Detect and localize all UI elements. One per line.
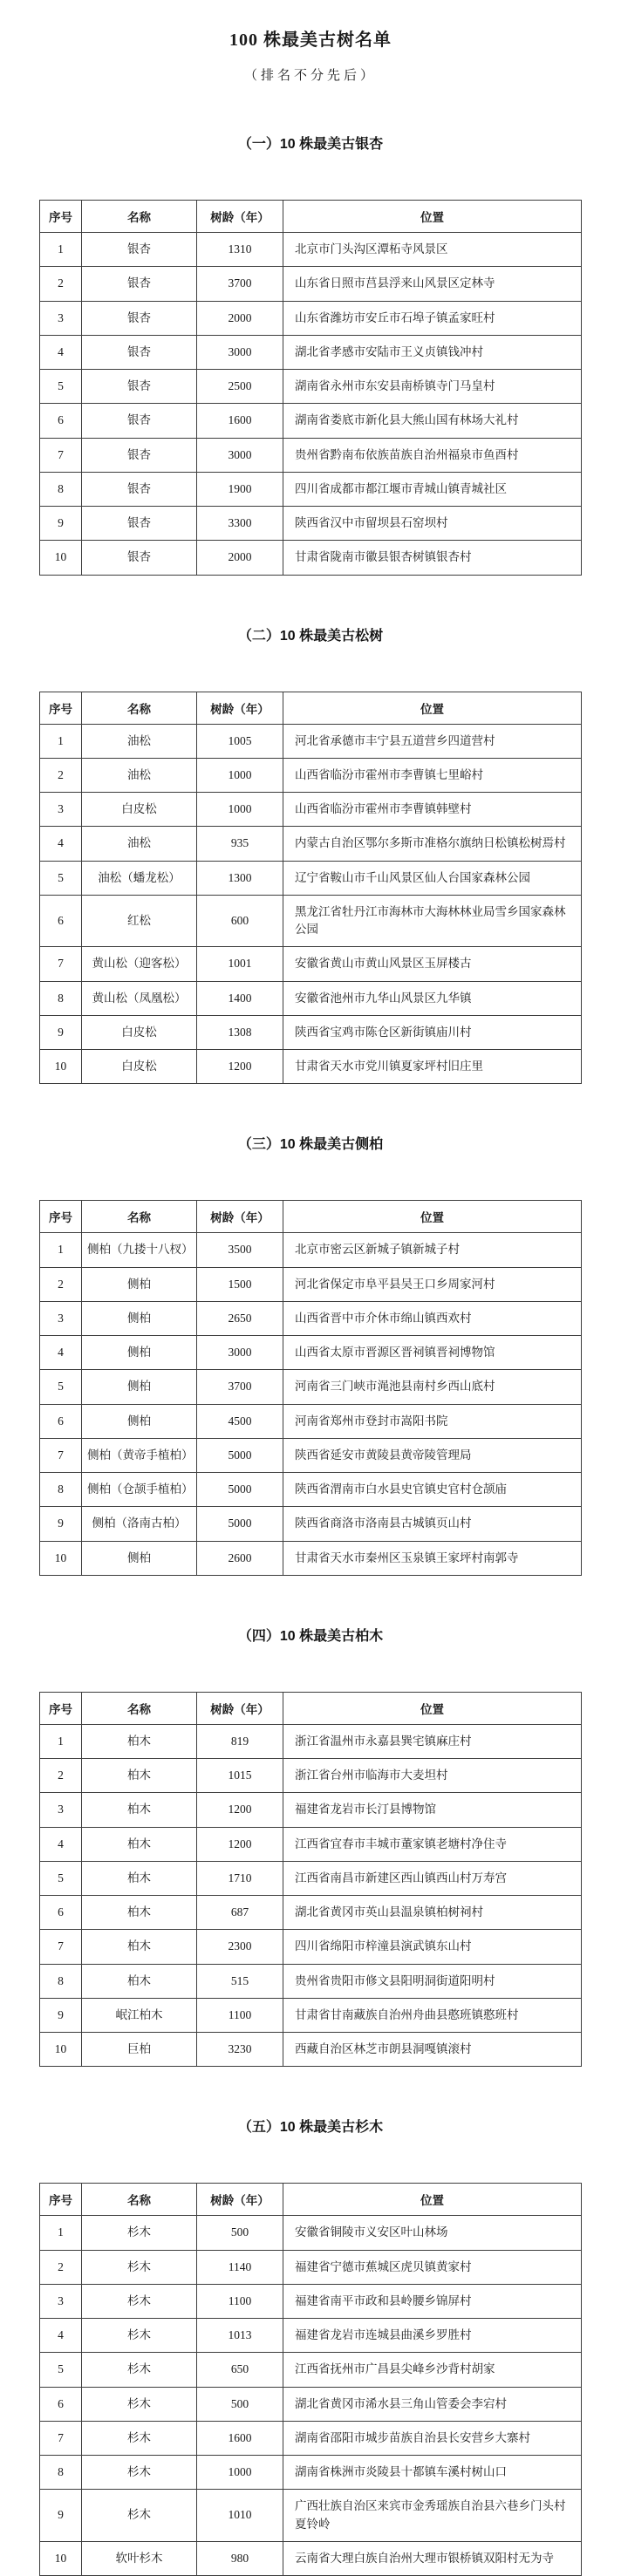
cell-index: 5	[40, 1370, 82, 1404]
tree-table-2: 序号名称树龄（年）位置1油松1005河北省承德市丰宁县五道营乡四道营村2油松10…	[39, 692, 582, 1085]
cell-name: 柏木	[82, 1759, 197, 1793]
cell-name: 杉木	[82, 2421, 197, 2455]
table-row: 3白皮松1000山西省临汾市霍州市李曹镇韩壁村	[40, 793, 582, 827]
table-row: 5油松（蟠龙松）1300辽宁省鞍山市千山风景区仙人台国家森林公园	[40, 861, 582, 895]
cell-location: 安徽省铜陵市义安区叶山林场	[283, 2216, 582, 2250]
cell-age: 935	[197, 827, 283, 861]
cell-name: 杉木	[82, 2490, 197, 2542]
cell-index: 5	[40, 1861, 82, 1895]
cell-name: 侧柏（九搂十八杈）	[82, 1233, 197, 1267]
tree-table-3: 序号名称树龄（年）位置1侧柏（九搂十八杈）3500北京市密云区新城子镇新城子村2…	[39, 1200, 582, 1576]
table-row: 1侧柏（九搂十八杈）3500北京市密云区新城子镇新城子村	[40, 1233, 582, 1267]
cell-index: 10	[40, 1050, 82, 1084]
cell-name: 银杏	[82, 335, 197, 369]
cell-name: 杉木	[82, 2250, 197, 2284]
table-row: 7杉木1600湖南省邵阳市城步苗族自治县长安营乡大寨村	[40, 2421, 582, 2455]
cell-location: 河北省承德市丰宁县五道营乡四道营村	[283, 724, 582, 758]
cell-index: 9	[40, 1507, 82, 1541]
cell-age: 2500	[197, 370, 283, 404]
cell-age: 1000	[197, 2456, 283, 2490]
table-row: 4柏木1200江西省宜春市丰城市董家镇老塘村净住寺	[40, 1827, 582, 1861]
cell-index: 7	[40, 1930, 82, 1964]
cell-name: 银杏	[82, 472, 197, 506]
tree-table-5: 序号名称树龄（年）位置1杉木500安徽省铜陵市义安区叶山林场2杉木1140福建省…	[39, 2183, 582, 2576]
cell-name: 柏木	[82, 1827, 197, 1861]
cell-name: 银杏	[82, 301, 197, 335]
cell-location: 河北省保定市阜平县吴王口乡周家河村	[283, 1267, 582, 1301]
cell-location: 西藏自治区林芝市朗县洞嘎镇滚村	[283, 2033, 582, 2067]
cell-index: 7	[40, 947, 82, 981]
cell-age: 687	[197, 1896, 283, 1930]
tree-table-4: 序号名称树龄（年）位置1柏木819浙江省温州市永嘉县巽宅镇麻庄村2柏木1015浙…	[39, 1692, 582, 2068]
table-row: 2银杏3700山东省日照市莒县浮来山风景区定林寺	[40, 267, 582, 301]
cell-age: 1013	[197, 2319, 283, 2353]
table-row: 10银杏2000甘肃省陇南市徽县银杏树镇银杏村	[40, 541, 582, 575]
column-header: 位置	[283, 1201, 582, 1233]
table-row: 1油松1005河北省承德市丰宁县五道营乡四道营村	[40, 724, 582, 758]
cell-location: 湖南省娄底市新化县大熊山国有林场大礼村	[283, 404, 582, 438]
cell-name: 白皮松	[82, 1050, 197, 1084]
section-heading-3: （三）10 株最美古侧柏	[0, 1133, 621, 1153]
column-header: 序号	[40, 1201, 82, 1233]
cell-index: 5	[40, 2353, 82, 2387]
cell-name: 岷江柏木	[82, 1998, 197, 2032]
cell-index: 7	[40, 1438, 82, 1472]
cell-index: 6	[40, 2387, 82, 2421]
cell-name: 侧柏（仓颉手植柏）	[82, 1473, 197, 1507]
cell-age: 1710	[197, 1861, 283, 1895]
header-row: 序号名称树龄（年）位置	[40, 692, 582, 724]
cell-age: 5000	[197, 1507, 283, 1541]
cell-name: 侧柏	[82, 1301, 197, 1335]
cell-index: 4	[40, 1827, 82, 1861]
cell-index: 3	[40, 301, 82, 335]
cell-name: 红松	[82, 895, 197, 947]
cell-index: 5	[40, 370, 82, 404]
cell-index: 9	[40, 2490, 82, 2542]
cell-age: 1200	[197, 1793, 283, 1827]
cell-location: 甘肃省陇南市徽县银杏树镇银杏村	[283, 541, 582, 575]
column-header: 名称	[82, 2184, 197, 2216]
cell-age: 2000	[197, 541, 283, 575]
cell-index: 3	[40, 2284, 82, 2318]
cell-age: 1000	[197, 758, 283, 792]
cell-name: 杉木	[82, 2284, 197, 2318]
table-row: 4银杏3000湖北省孝感市安陆市王义贞镇钱冲村	[40, 335, 582, 369]
table-row: 3侧柏2650山西省晋中市介休市绵山镇西欢村	[40, 1301, 582, 1335]
cell-name: 侧柏	[82, 1370, 197, 1404]
cell-location: 甘肃省天水市秦州区玉泉镇王家坪村南郭寺	[283, 1541, 582, 1575]
table-row: 5侧柏3700河南省三门峡市渑池县南村乡西山底村	[40, 1370, 582, 1404]
column-header: 序号	[40, 201, 82, 233]
cell-age: 1200	[197, 1050, 283, 1084]
cell-age: 3300	[197, 507, 283, 541]
cell-age: 1310	[197, 233, 283, 267]
cell-name: 杉木	[82, 2456, 197, 2490]
cell-age: 819	[197, 1724, 283, 1758]
cell-location: 江西省抚州市广昌县尖峰乡沙背村胡家	[283, 2353, 582, 2387]
cell-index: 8	[40, 1964, 82, 1998]
cell-index: 8	[40, 2456, 82, 2490]
column-header: 位置	[283, 2184, 582, 2216]
cell-name: 杉木	[82, 2216, 197, 2250]
section-heading-4: （四）10 株最美古柏木	[0, 1625, 621, 1645]
table-row: 10白皮松1200甘肃省天水市党川镇夏家坪村旧庄里	[40, 1050, 582, 1084]
cell-location: 山西省临汾市霍州市李曹镇七里峪村	[283, 758, 582, 792]
cell-location: 陕西省商洛市洛南县古城镇页山村	[283, 1507, 582, 1541]
section-heading-2: （二）10 株最美古松树	[0, 624, 621, 644]
column-header: 序号	[40, 1692, 82, 1724]
cell-name: 银杏	[82, 233, 197, 267]
cell-location: 福建省宁德市蕉城区虎贝镇黄家村	[283, 2250, 582, 2284]
cell-age: 3700	[197, 267, 283, 301]
cell-index: 3	[40, 1301, 82, 1335]
cell-location: 湖南省永州市东安县南桥镇寺门马皇村	[283, 370, 582, 404]
cell-name: 杉木	[82, 2319, 197, 2353]
cell-index: 1	[40, 233, 82, 267]
cell-age: 515	[197, 1964, 283, 1998]
cell-location: 浙江省台州市临海市大麦坦村	[283, 1759, 582, 1793]
cell-location: 甘肃省甘南藏族自治州舟曲县憨班镇憨班村	[283, 1998, 582, 2032]
table-row: 6柏木687湖北省黄冈市英山县温泉镇柏树祠村	[40, 1896, 582, 1930]
cell-location: 福建省南平市政和县岭腰乡锦屏村	[283, 2284, 582, 2318]
cell-name: 侧柏	[82, 1404, 197, 1438]
cell-location: 安徽省池州市九华山风景区九华镇	[283, 981, 582, 1015]
cell-location: 甘肃省天水市党川镇夏家坪村旧庄里	[283, 1050, 582, 1084]
cell-location: 山西省临汾市霍州市李曹镇韩壁村	[283, 793, 582, 827]
table-row: 6杉木500湖北省黄冈市浠水县三角山管委会李宕村	[40, 2387, 582, 2421]
cell-name: 柏木	[82, 1964, 197, 1998]
cell-location: 山西省太原市晋源区晋祠镇晋祠博物馆	[283, 1336, 582, 1370]
cell-name: 黄山松（迎客松）	[82, 947, 197, 981]
cell-location: 山东省潍坊市安丘市石埠子镇孟家旺村	[283, 301, 582, 335]
table-row: 1银杏1310北京市门头沟区潭柘寺风景区	[40, 233, 582, 267]
table-row: 7柏木2300四川省绵阳市梓潼县演武镇东山村	[40, 1930, 582, 1964]
cell-age: 5000	[197, 1473, 283, 1507]
table-row: 2杉木1140福建省宁德市蕉城区虎贝镇黄家村	[40, 2250, 582, 2284]
cell-age: 5000	[197, 1438, 283, 1472]
table-row: 5柏木1710江西省南昌市新建区西山镇西山村万寿宫	[40, 1861, 582, 1895]
cell-name: 银杏	[82, 541, 197, 575]
cell-index: 4	[40, 335, 82, 369]
cell-age: 600	[197, 895, 283, 947]
table-row: 9岷江柏木1100甘肃省甘南藏族自治州舟曲县憨班镇憨班村	[40, 1998, 582, 2032]
cell-age: 3000	[197, 438, 283, 472]
column-header: 树龄（年）	[197, 692, 283, 724]
cell-age: 1500	[197, 1267, 283, 1301]
cell-index: 9	[40, 1998, 82, 2032]
cell-name: 油松	[82, 758, 197, 792]
cell-location: 江西省南昌市新建区西山镇西山村万寿宫	[283, 1861, 582, 1895]
cell-location: 四川省成都市都江堰市青城山镇青城社区	[283, 472, 582, 506]
table-row: 8杉木1000湖南省株洲市炎陵县十都镇车溪村树山口	[40, 2456, 582, 2490]
header-row: 序号名称树龄（年）位置	[40, 201, 582, 233]
cell-name: 油松	[82, 724, 197, 758]
cell-age: 1005	[197, 724, 283, 758]
cell-location: 陕西省渭南市白水县史官镇史官村仓颉庙	[283, 1473, 582, 1507]
cell-age: 1015	[197, 1759, 283, 1793]
table-row: 2侧柏1500河北省保定市阜平县吴王口乡周家河村	[40, 1267, 582, 1301]
cell-index: 10	[40, 2541, 82, 2575]
cell-age: 1001	[197, 947, 283, 981]
table-row: 9银杏3300陕西省汉中市留坝县石窑坝村	[40, 507, 582, 541]
column-header: 序号	[40, 2184, 82, 2216]
cell-name: 柏木	[82, 1896, 197, 1930]
cell-index: 1	[40, 2216, 82, 2250]
table-row: 7侧柏（黄帝手植柏）5000陕西省延安市黄陵县黄帝陵管理局	[40, 1438, 582, 1472]
cell-index: 4	[40, 2319, 82, 2353]
cell-location: 湖北省黄冈市英山县温泉镇柏树祠村	[283, 1896, 582, 1930]
table-row: 4杉木1013福建省龙岩市连城县曲溪乡罗胜村	[40, 2319, 582, 2353]
header-row: 序号名称树龄（年）位置	[40, 1201, 582, 1233]
cell-age: 1140	[197, 2250, 283, 2284]
header-row: 序号名称树龄（年）位置	[40, 2184, 582, 2216]
cell-location: 湖南省株洲市炎陵县十都镇车溪村树山口	[283, 2456, 582, 2490]
table-row: 3柏木1200福建省龙岩市长汀县博物馆	[40, 1793, 582, 1827]
cell-index: 7	[40, 2421, 82, 2455]
table-row: 8柏木515贵州省贵阳市修文县阳明洞街道阳明村	[40, 1964, 582, 1998]
cell-name: 软叶杉木	[82, 2541, 197, 2575]
cell-location: 辽宁省鞍山市千山风景区仙人台国家森林公园	[283, 861, 582, 895]
column-header: 序号	[40, 692, 82, 724]
cell-name: 侧柏	[82, 1336, 197, 1370]
cell-index: 9	[40, 507, 82, 541]
cell-age: 1100	[197, 1998, 283, 2032]
cell-index: 4	[40, 1336, 82, 1370]
cell-index: 10	[40, 541, 82, 575]
cell-name: 柏木	[82, 1861, 197, 1895]
table-row: 10软叶杉木980云南省大理白族自治州大理市银桥镇双阳村无为寺	[40, 2541, 582, 2575]
table-row: 10侧柏2600甘肃省天水市秦州区玉泉镇王家坪村南郭寺	[40, 1541, 582, 1575]
cell-index: 1	[40, 1233, 82, 1267]
cell-age: 1100	[197, 2284, 283, 2318]
cell-age: 1000	[197, 793, 283, 827]
cell-name: 侧柏（洛南古柏）	[82, 1507, 197, 1541]
cell-name: 柏木	[82, 1793, 197, 1827]
table-row: 5银杏2500湖南省永州市东安县南桥镇寺门马皇村	[40, 370, 582, 404]
cell-index: 10	[40, 1541, 82, 1575]
table-row: 2柏木1015浙江省台州市临海市大麦坦村	[40, 1759, 582, 1793]
cell-index: 9	[40, 1015, 82, 1049]
cell-age: 980	[197, 2541, 283, 2575]
section-heading-5: （五）10 株最美古杉木	[0, 2116, 621, 2136]
column-header: 树龄（年）	[197, 2184, 283, 2216]
cell-age: 1900	[197, 472, 283, 506]
cell-location: 北京市密云区新城子镇新城子村	[283, 1233, 582, 1267]
table-row: 8银杏1900四川省成都市都江堰市青城山镇青城社区	[40, 472, 582, 506]
column-header: 名称	[82, 1201, 197, 1233]
cell-location: 湖北省黄冈市浠水县三角山管委会李宕村	[283, 2387, 582, 2421]
cell-location: 江西省宜春市丰城市董家镇老塘村净住寺	[283, 1827, 582, 1861]
table-row: 6红松600黑龙江省牡丹江市海林市大海林林业局雪乡国家森林公园	[40, 895, 582, 947]
cell-age: 3700	[197, 1370, 283, 1404]
cell-location: 广西壮族自治区来宾市金秀瑶族自治县六巷乡门头村夏铃岭	[283, 2490, 582, 2542]
cell-index: 6	[40, 1404, 82, 1438]
cell-age: 1010	[197, 2490, 283, 2542]
column-header: 树龄（年）	[197, 1692, 283, 1724]
cell-index: 8	[40, 1473, 82, 1507]
cell-age: 3000	[197, 335, 283, 369]
column-header: 树龄（年）	[197, 201, 283, 233]
cell-location: 山西省晋中市介休市绵山镇西欢村	[283, 1301, 582, 1335]
column-header: 位置	[283, 1692, 582, 1724]
cell-name: 银杏	[82, 370, 197, 404]
cell-location: 贵州省贵阳市修文县阳明洞街道阳明村	[283, 1964, 582, 1998]
table-row: 1杉木500安徽省铜陵市义安区叶山林场	[40, 2216, 582, 2250]
cell-name: 杉木	[82, 2353, 197, 2387]
cell-age: 2600	[197, 1541, 283, 1575]
cell-index: 6	[40, 404, 82, 438]
cell-location: 湖南省邵阳市城步苗族自治县长安营乡大寨村	[283, 2421, 582, 2455]
cell-index: 1	[40, 724, 82, 758]
cell-index: 8	[40, 472, 82, 506]
page-subtitle: （排名不分先后）	[0, 65, 621, 84]
cell-location: 陕西省汉中市留坝县石窑坝村	[283, 507, 582, 541]
cell-name: 黄山松（凤凰松）	[82, 981, 197, 1015]
table-row: 7银杏3000贵州省黔南布依族苗族自治州福泉市鱼酉村	[40, 438, 582, 472]
cell-name: 油松	[82, 827, 197, 861]
cell-index: 6	[40, 895, 82, 947]
cell-age: 1308	[197, 1015, 283, 1049]
cell-age: 1600	[197, 404, 283, 438]
cell-index: 2	[40, 758, 82, 792]
cell-location: 贵州省黔南布依族苗族自治州福泉市鱼酉村	[283, 438, 582, 472]
cell-location: 安徽省黄山市黄山风景区玉屏楼古	[283, 947, 582, 981]
cell-index: 3	[40, 793, 82, 827]
cell-location: 黑龙江省牡丹江市海林市大海林林业局雪乡国家森林公园	[283, 895, 582, 947]
cell-age: 650	[197, 2353, 283, 2387]
cell-index: 4	[40, 827, 82, 861]
cell-index: 6	[40, 1896, 82, 1930]
cell-index: 10	[40, 2033, 82, 2067]
cell-name: 银杏	[82, 267, 197, 301]
cell-age: 2650	[197, 1301, 283, 1335]
cell-name: 银杏	[82, 404, 197, 438]
table-row: 8黄山松（凤凰松）1400安徽省池州市九华山风景区九华镇	[40, 981, 582, 1015]
table-row: 3银杏2000山东省潍坊市安丘市石埠子镇孟家旺村	[40, 301, 582, 335]
cell-age: 500	[197, 2387, 283, 2421]
table-row: 9白皮松1308陕西省宝鸡市陈仓区新街镇庙川村	[40, 1015, 582, 1049]
table-row: 6侧柏4500河南省郑州市登封市嵩阳书院	[40, 1404, 582, 1438]
column-header: 名称	[82, 201, 197, 233]
cell-age: 2300	[197, 1930, 283, 1964]
page-title: 100 株最美古树名单	[0, 30, 621, 51]
table-row: 9杉木1010广西壮族自治区来宾市金秀瑶族自治县六巷乡门头村夏铃岭	[40, 2490, 582, 2542]
cell-location: 陕西省延安市黄陵县黄帝陵管理局	[283, 1438, 582, 1472]
cell-index: 2	[40, 1267, 82, 1301]
cell-name: 柏木	[82, 1930, 197, 1964]
cell-index: 2	[40, 1759, 82, 1793]
column-header: 位置	[283, 201, 582, 233]
column-header: 名称	[82, 1692, 197, 1724]
cell-index: 2	[40, 267, 82, 301]
cell-name: 银杏	[82, 438, 197, 472]
cell-name: 侧柏（黄帝手植柏）	[82, 1438, 197, 1472]
cell-location: 内蒙古自治区鄂尔多斯市准格尔旗纳日松镇松树焉村	[283, 827, 582, 861]
cell-name: 柏木	[82, 1724, 197, 1758]
table-row: 5杉木650江西省抚州市广昌县尖峰乡沙背村胡家	[40, 2353, 582, 2387]
cell-name: 油松（蟠龙松）	[82, 861, 197, 895]
cell-location: 河南省三门峡市渑池县南村乡西山底村	[283, 1370, 582, 1404]
document-page: 100 株最美古树名单 （排名不分先后） （一）10 株最美古银杏序号名称树龄（…	[0, 0, 621, 2576]
column-header: 树龄（年）	[197, 1201, 283, 1233]
cell-age: 1600	[197, 2421, 283, 2455]
cell-location: 浙江省温州市永嘉县巽宅镇麻庄村	[283, 1724, 582, 1758]
cell-age: 1300	[197, 861, 283, 895]
cell-name: 白皮松	[82, 793, 197, 827]
cell-index: 2	[40, 2250, 82, 2284]
cell-age: 2000	[197, 301, 283, 335]
cell-age: 3500	[197, 1233, 283, 1267]
cell-age: 3230	[197, 2033, 283, 2067]
table-row: 2油松1000山西省临汾市霍州市李曹镇七里峪村	[40, 758, 582, 792]
cell-name: 侧柏	[82, 1267, 197, 1301]
cell-location: 河南省郑州市登封市嵩阳书院	[283, 1404, 582, 1438]
table-row: 1柏木819浙江省温州市永嘉县巽宅镇麻庄村	[40, 1724, 582, 1758]
column-header: 名称	[82, 692, 197, 724]
cell-age: 1400	[197, 981, 283, 1015]
table-row: 9侧柏（洛南古柏）5000陕西省商洛市洛南县古城镇页山村	[40, 1507, 582, 1541]
table-row: 10巨柏3230西藏自治区林芝市朗县洞嘎镇滚村	[40, 2033, 582, 2067]
cell-location: 山东省日照市莒县浮来山风景区定林寺	[283, 267, 582, 301]
cell-name: 侧柏	[82, 1541, 197, 1575]
cell-location: 四川省绵阳市梓潼县演武镇东山村	[283, 1930, 582, 1964]
table-row: 4油松935内蒙古自治区鄂尔多斯市准格尔旗纳日松镇松树焉村	[40, 827, 582, 861]
sections: （一）10 株最美古银杏序号名称树龄（年）位置1银杏1310北京市门头沟区潭柘寺…	[0, 133, 621, 2576]
cell-index: 3	[40, 1793, 82, 1827]
cell-age: 4500	[197, 1404, 283, 1438]
table-row: 4侧柏3000山西省太原市晋源区晋祠镇晋祠博物馆	[40, 1336, 582, 1370]
cell-location: 湖北省孝感市安陆市王义贞镇钱冲村	[283, 335, 582, 369]
table-row: 8侧柏（仓颉手植柏）5000陕西省渭南市白水县史官镇史官村仓颉庙	[40, 1473, 582, 1507]
cell-age: 500	[197, 2216, 283, 2250]
header-row: 序号名称树龄（年）位置	[40, 1692, 582, 1724]
cell-name: 白皮松	[82, 1015, 197, 1049]
cell-age: 1200	[197, 1827, 283, 1861]
cell-location: 北京市门头沟区潭柘寺风景区	[283, 233, 582, 267]
cell-location: 陕西省宝鸡市陈仓区新街镇庙川村	[283, 1015, 582, 1049]
column-header: 位置	[283, 692, 582, 724]
cell-index: 1	[40, 1724, 82, 1758]
table-row: 6银杏1600湖南省娄底市新化县大熊山国有林场大礼村	[40, 404, 582, 438]
cell-index: 8	[40, 981, 82, 1015]
table-row: 3杉木1100福建省南平市政和县岭腰乡锦屏村	[40, 2284, 582, 2318]
section-heading-1: （一）10 株最美古银杏	[0, 133, 621, 153]
cell-index: 7	[40, 438, 82, 472]
cell-name: 巨柏	[82, 2033, 197, 2067]
cell-index: 5	[40, 861, 82, 895]
tree-table-1: 序号名称树龄（年）位置1银杏1310北京市门头沟区潭柘寺风景区2银杏3700山东…	[39, 200, 582, 576]
cell-name: 银杏	[82, 507, 197, 541]
cell-age: 3000	[197, 1336, 283, 1370]
cell-location: 云南省大理白族自治州大理市银桥镇双阳村无为寺	[283, 2541, 582, 2575]
cell-name: 杉木	[82, 2387, 197, 2421]
cell-location: 福建省龙岩市连城县曲溪乡罗胜村	[283, 2319, 582, 2353]
cell-location: 福建省龙岩市长汀县博物馆	[283, 1793, 582, 1827]
table-row: 7黄山松（迎客松）1001安徽省黄山市黄山风景区玉屏楼古	[40, 947, 582, 981]
